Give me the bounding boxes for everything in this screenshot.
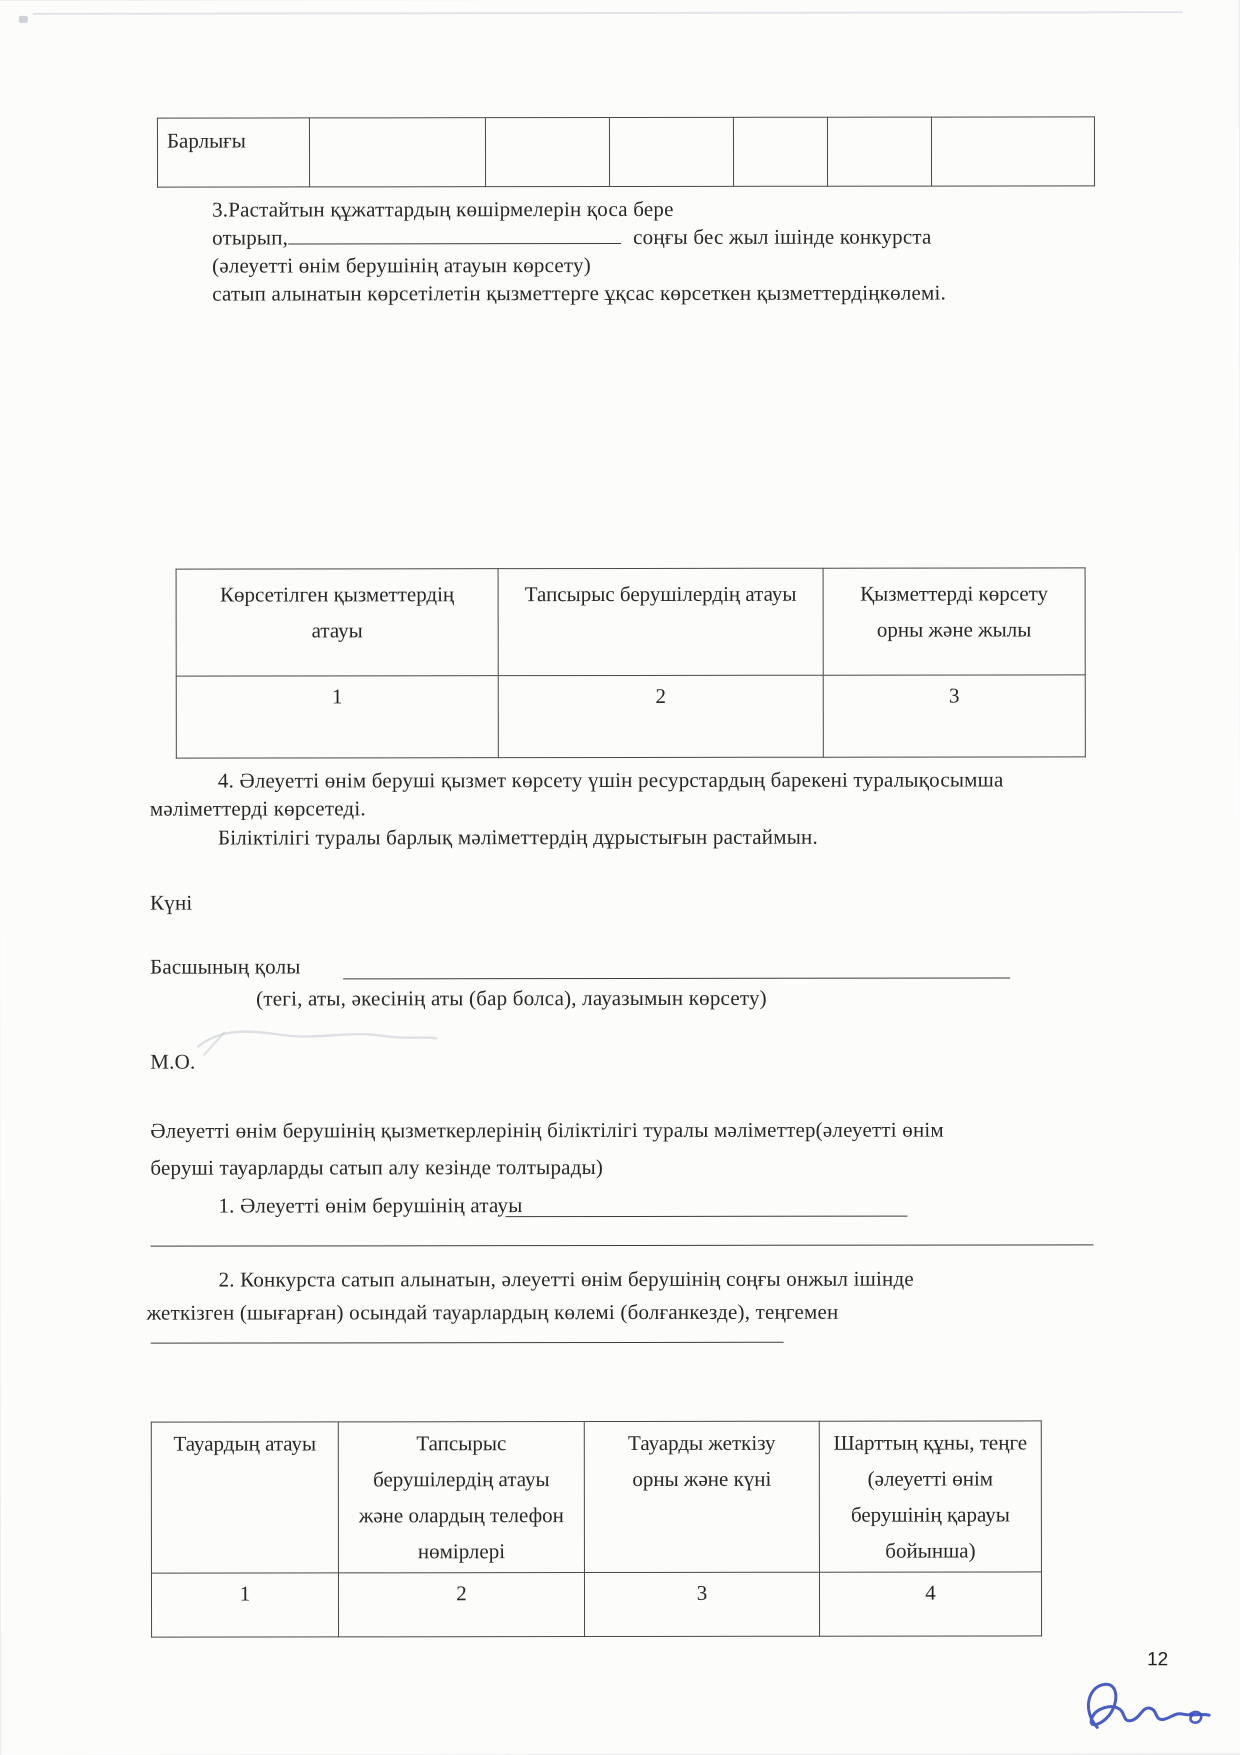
totals-table: Барлығы [157, 116, 1095, 187]
services-header-cell-2: Тапсырыс берушілердің атауы [498, 568, 823, 675]
column-number: 2 [338, 1573, 584, 1637]
column-number: 3 [823, 675, 1085, 757]
totals-row-label: Барлығы [167, 129, 246, 153]
header-line: Көрсетілген қызметтердің [183, 576, 492, 613]
clause3-line1: 3.Растайтын құжаттардың көшірмелерін қос… [212, 196, 674, 223]
column-number: 2 [498, 675, 823, 757]
clause3-line2-prefix: отырып, [212, 225, 288, 249]
goods-header-row: Тауардың атауы Тапсырыс берушілердің ата… [151, 1421, 1041, 1574]
column-number: 1 [151, 1573, 338, 1637]
header-line: (әлеуетті өнім [826, 1461, 1035, 1497]
empty-cell [733, 117, 827, 186]
column-number: 3 [584, 1573, 819, 1637]
header-line: Қызметтерді көрсету [830, 575, 1079, 611]
date-label: Күні [150, 890, 192, 916]
clause4-confirmation: Біліктілігі туралы барлық мәліметтердің … [218, 824, 818, 851]
empty-cell [609, 117, 733, 186]
clause3-line3: (әлеуетті өнім берушінің атауын көрсету) [212, 252, 591, 279]
header-line: бойынша) [826, 1533, 1035, 1569]
staff-heading-line2: беруші тауарларды сатып алу кезінде толт… [150, 1154, 603, 1181]
scanned-document-page: Барлығы 3.Растайтын құжаттардың көшірмел… [0, 0, 1240, 1755]
empty-cell [485, 118, 609, 187]
clause4-line2: мәліметтерді көрсетеді. [150, 795, 366, 822]
header-line: Тапсырыс [345, 1425, 578, 1461]
services-header-cell-1: Көрсетілген қызметтердің атауы [176, 569, 498, 676]
header-line: нөмірлері [345, 1533, 578, 1569]
empty-cell [827, 117, 931, 186]
staff-heading-line1: Әлеуетті өнім берушінің қызметкерлерінің… [150, 1117, 944, 1144]
totals-row-label-cell: Барлығы [157, 118, 309, 187]
column-number: 1 [176, 676, 498, 758]
item2-line2: жеткізген (шығарған) осындай тауарлардың… [147, 1299, 839, 1326]
goods-header-cell-4: Шарттың құны, теңге (әлеуетті өнім беруш… [819, 1421, 1041, 1573]
empty-cell [931, 117, 1094, 186]
page-number: 12 [1147, 1649, 1168, 1671]
column-number: 4 [819, 1572, 1041, 1636]
empty-cell [309, 118, 485, 187]
goods-header-cell-1: Тауардың атауы [151, 1422, 338, 1574]
header-line: Тапсырыс берушілердің атауы [505, 576, 817, 613]
header-line: атауы [183, 612, 492, 649]
pencil-smudge [190, 1012, 470, 1064]
header-line: берушілердің атауы [345, 1461, 578, 1497]
header-line: Тауарды жеткізу [591, 1425, 813, 1461]
totals-table-row: Барлығы [157, 117, 1094, 187]
seal-label: М.О. [150, 1049, 195, 1075]
goods-table: Тауардың атауы Тапсырыс берушілердің ата… [151, 1420, 1042, 1638]
header-line: орны және жылы [830, 611, 1079, 647]
signature-ink [1069, 1671, 1234, 1743]
goods-header-cell-3: Тауарды жеткізу орны және күні [584, 1421, 819, 1573]
clause4-line1: 4. Әлеуетті өнім беруші қызмет көрсету ү… [218, 766, 1004, 793]
header-line: берушінің қарауы [826, 1497, 1035, 1533]
services-number-row: 1 2 3 [176, 675, 1085, 758]
header-line: орны және күні [591, 1461, 813, 1497]
signature-note: (тегі, аты, әкесінің аты (бар болса), ла… [256, 985, 767, 1012]
services-table: Көрсетілген қызметтердің атауы Тапсырыс … [176, 567, 1086, 758]
header-line: Тауардың атауы [158, 1425, 332, 1461]
signature-underline [343, 977, 1010, 979]
divider-underline-1 [151, 1244, 1094, 1246]
clause3-line2: отырып,соңғы бес жыл ішінде конкурста [212, 224, 931, 251]
item1-underline [505, 1216, 907, 1218]
head-signature-label: Басшының қолы [150, 953, 300, 979]
scan-artifact-line [33, 11, 1183, 15]
header-line: Шарттың құны, теңге [826, 1424, 1035, 1460]
item2-line1: 2. Конкурста сатып алынатын, әлеуетті өн… [219, 1266, 914, 1293]
scan-speck [19, 16, 28, 23]
fill-blank-supplier-name [288, 229, 621, 244]
services-header-row: Көрсетілген қызметтердің атауы Тапсырыс … [176, 568, 1085, 676]
divider-underline-2 [151, 1342, 784, 1344]
item1-label: 1. Әлеуетті өнім берушінің атауы [218, 1192, 522, 1219]
header-line: және олардың телефон [345, 1497, 578, 1533]
goods-header-cell-2: Тапсырыс берушілердің атауы және олардың… [338, 1422, 584, 1574]
goods-number-row: 1 2 3 4 [151, 1572, 1041, 1637]
clause3-line2-suffix: соңғы бес жыл ішінде конкурста [633, 225, 931, 249]
services-header-cell-3: Қызметтерді көрсету орны және жылы [823, 568, 1085, 675]
clause3-line4: сатып алынатын көрсетілетін қызметтерге … [212, 280, 946, 307]
